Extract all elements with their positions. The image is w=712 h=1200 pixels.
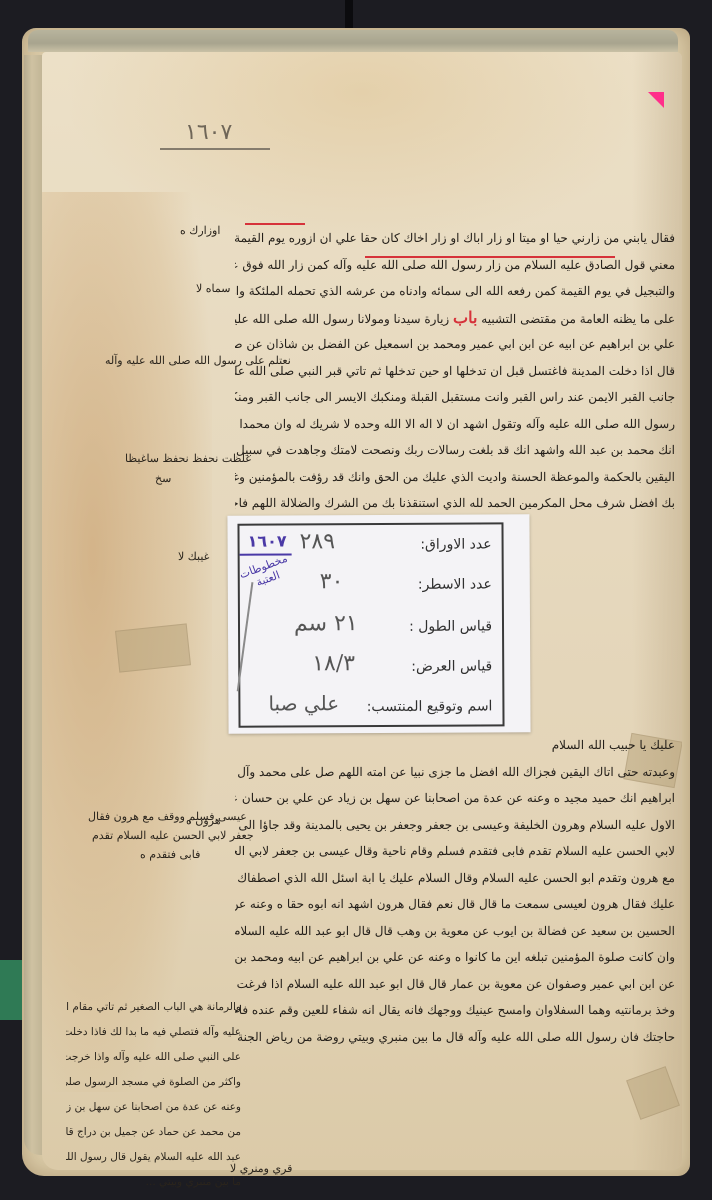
label-length: قياس الطول : — [409, 618, 492, 634]
margin-note: فابى فتقدم ه — [140, 846, 200, 864]
margin-note: جعفر لابي الحسن عليه السلام تقدم — [92, 827, 254, 845]
text-line: انك محمد بن عبد الله واشهد انك قد بلغت ر… — [235, 437, 675, 464]
note-line: من محمد عن حماد عن جميل بن دراج قال سمعت… — [66, 1120, 241, 1145]
label-folios: عدد الاوراق: — [420, 536, 491, 552]
main-text-upper: فقال يابني من زارني حيا او ميتا او زار ا… — [235, 225, 675, 517]
margin-note: اوزارك ه — [180, 222, 220, 240]
margin-note: غيبك لا — [178, 548, 209, 566]
text-line: عليك فقال هرون لعيسى سمعت ما قال قال نعم… — [235, 891, 675, 918]
value-width: ١٨/٣ — [312, 651, 355, 676]
label-signature: اسم وتوقيع المنتسب: — [367, 698, 493, 715]
heading-suffix: زيارة سيدنا ومولانا رسول الله صلى الله ع… — [235, 312, 449, 326]
note-line: والرمانة هي الباب الصغير ثم تاتي مقام ال… — [66, 995, 241, 1020]
value-folios: ٢٨٩ — [300, 529, 336, 554]
text-line: حاجتك فان رسول الله صلى الله عليه وآله ق… — [235, 1024, 675, 1051]
catalog-underline — [160, 148, 270, 150]
text-line: اليقين بالحكمة والموعظة الحسنة واديت الذ… — [235, 464, 675, 491]
book-top-edge — [28, 30, 678, 52]
note-line: وعنه عن عدة من اصحابنا عن سهل بن زياد عن — [66, 1095, 241, 1120]
text-line: لابي الحسن عليه السلام تقدم فابى فتقدم ف… — [235, 838, 675, 865]
text-line-with-heading: على ما يظنه العامة من مقتضى التشبيه باب … — [235, 305, 675, 332]
text-line: عليك يا حبيب الله السلام — [235, 732, 675, 759]
margin-note: سخ — [155, 470, 171, 488]
text-line: علي بن ابراهيم عن ابيه عن ابن ابي عمير و… — [235, 331, 675, 358]
bottom-margin-notes: والرمانة هي الباب الصغير ثم تاتي مقام ال… — [66, 995, 241, 1195]
repair-tape — [115, 623, 191, 672]
margin-note: نعتلم على رسول الله صلى الله عليه وآله — [105, 352, 291, 370]
text-line: والتبجيل في يوم القيمة كمن رفعه الله الى… — [235, 278, 675, 305]
margin-note: غلظت نحفظ نحفظ ساغيظا — [125, 450, 251, 468]
text-line: مع هرون وتقدم ابو الحسن عليه السلام وقال… — [235, 865, 675, 892]
note-line: عليه وآله فتصلي فيه ما بدا لك فاذا دخلت … — [66, 1020, 241, 1045]
main-text-lower: عليك يا حبيب الله السلام وعبدته حتى اتاك… — [235, 732, 675, 1050]
chapter-heading: باب — [453, 308, 477, 327]
margin-note: سماه لا — [196, 280, 230, 298]
catalog-label-card: ١٦٠٧ مخطوطات العتبة عدد الاوراق: ٢٨٩ عدد… — [227, 514, 530, 734]
catalog-number: ١٦٠٧ — [185, 120, 232, 145]
stamp-number: ١٦٠٧ — [248, 531, 287, 550]
text-line: جانب القبر الايمن عند راس القبر وانت مست… — [235, 384, 675, 411]
value-length: ٢١ سم — [294, 611, 358, 636]
background-green-patch — [0, 960, 22, 1020]
note-line: ما بين منبري وبيتي ... — [66, 1170, 241, 1195]
text-line: قال اذا دخلت المدينة فاغتسل قبل ان تدخله… — [235, 358, 675, 385]
value-lines: ٣٠ — [320, 569, 344, 594]
text-line: الاول عليه السلام وهرون الخليفة وعيسى بن… — [235, 812, 675, 839]
value-signature: علي صبا — [268, 691, 339, 715]
note-line: على النبي صلى الله عليه وآله واذا خرجت ف… — [66, 1045, 241, 1070]
text-line: بك افضل شرف محل المكرمين الحمد لله الذي … — [235, 490, 675, 517]
text-line: وخذ برمانتيه وهما السفلاوان وامسح عينيك … — [235, 997, 675, 1024]
text-line: وعبدته حتى اتاك اليقين فجزاك الله افضل م… — [235, 759, 675, 786]
text-line: معني قول الصادق عليه السلام من زار رسول … — [235, 252, 675, 279]
text-line: رسول الله صلى الله عليه وآله وتقول اشهد … — [235, 411, 675, 438]
text-line: فقال يابني من زارني حيا او ميتا او زار ا… — [235, 225, 675, 252]
text-line: الحسين بن سعيد عن فضالة بن ايوب عن معوية… — [235, 918, 675, 945]
text-segment: على ما يظنه العامة من مقتضى التشبيه — [481, 312, 675, 326]
note-line: عبد الله عليه السلام يقول قال رسول الله … — [66, 1145, 241, 1170]
note-line: واكثر من الصلوة في مسجد الرسول صلى الله … — [66, 1070, 241, 1095]
book-spine-edge — [24, 55, 44, 1155]
text-line: وان كانت صلوة المؤمنين تبلغه اين ما كانو… — [235, 944, 675, 971]
label-width: قياس العرض: — [411, 658, 492, 674]
label-lines: عدد الاسطر: — [418, 576, 492, 592]
margin-note: عيسى فسلم ووقف مع هرون فقال — [88, 808, 247, 826]
text-line: ابراهيم انك حميد مجيد ه وعنه عن عدة من ا… — [235, 785, 675, 812]
text-line: عن ابن ابي عمير وصفوان عن معوية بن عمار … — [235, 971, 675, 998]
